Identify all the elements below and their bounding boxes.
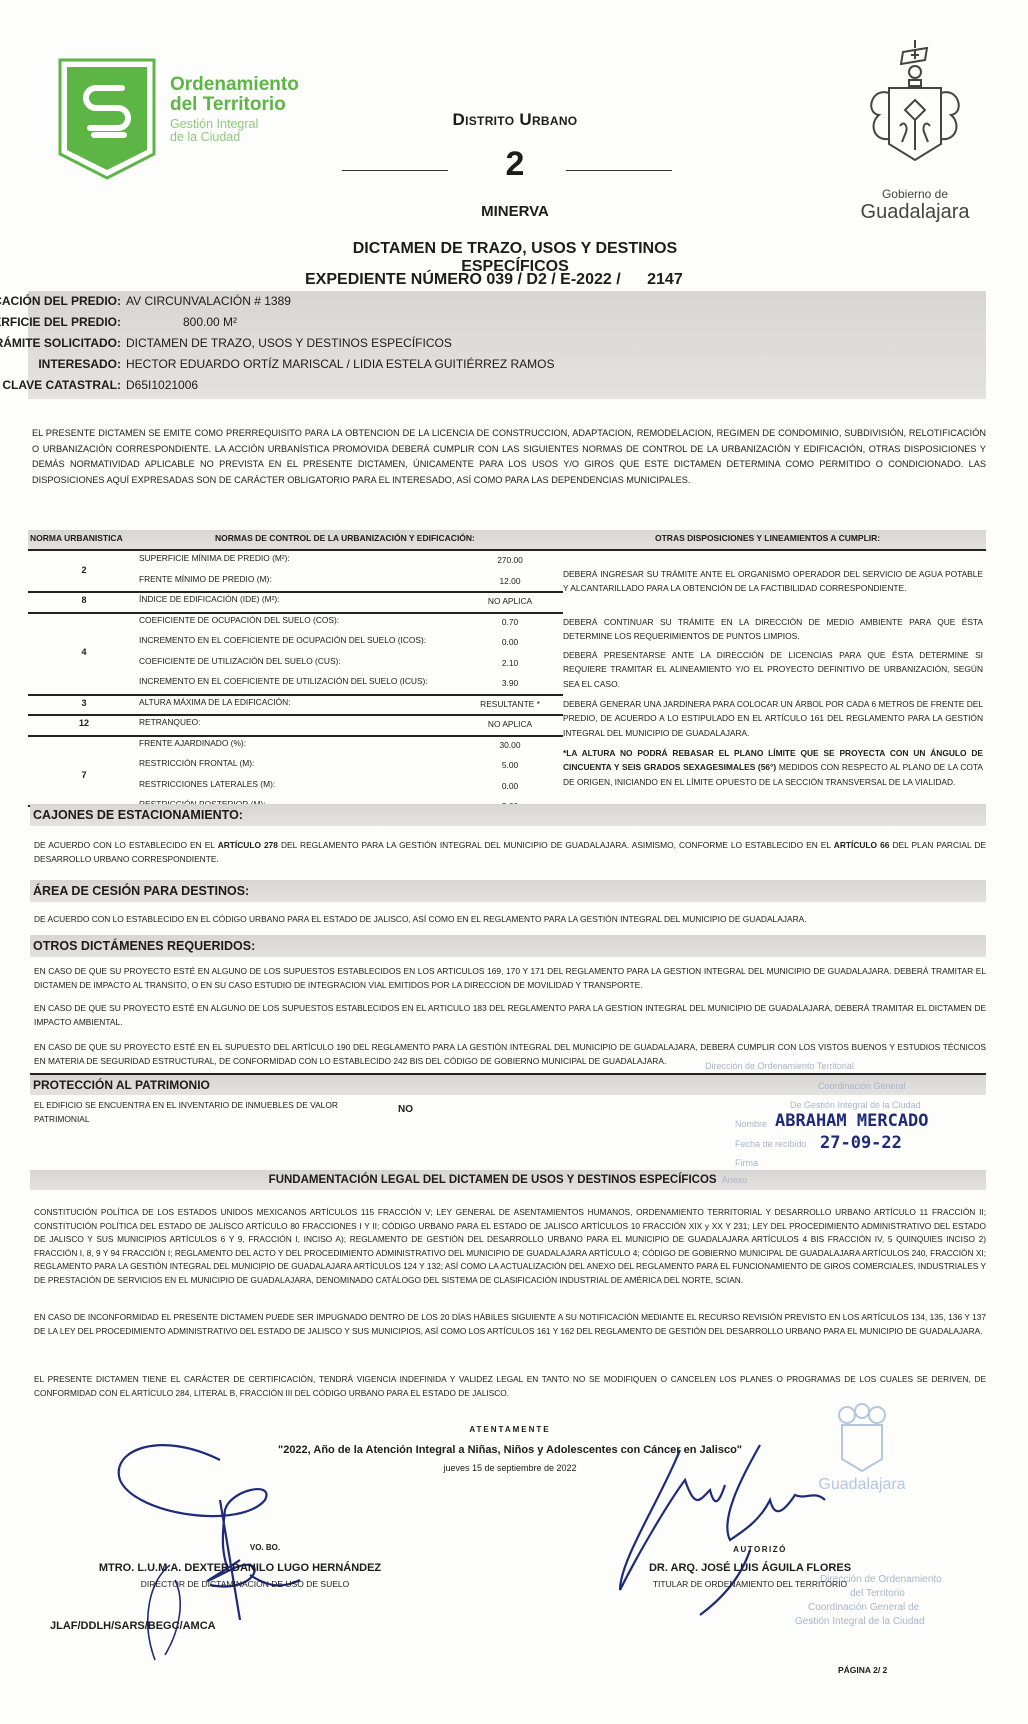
norma-value: 0.00: [460, 637, 560, 647]
norma-value: 270.00: [460, 555, 560, 565]
norma-label: RESTRICCIONES LATERALES (M):: [139, 779, 275, 789]
row-divider: [28, 735, 563, 737]
section-cajones: CAJONES DE ESTACIONAMIENTO:: [30, 804, 986, 826]
col-normas: NORMAS DE CONTROL DE LA URBANIZACIÓN Y E…: [215, 533, 475, 543]
norma-number: 3: [28, 698, 140, 708]
fundamentacion-paragraph: EN CASO DE INCONFORMIDAD EL PRESENTE DIC…: [34, 1311, 986, 1338]
stamp-label: Nombre: [735, 1119, 767, 1129]
expediente-id: 2147: [647, 271, 683, 288]
fundamentacion-title: FUNDAMENTACIÓN LEGAL DEL DICTAMEN DE USO…: [269, 1174, 717, 1186]
otros-paragraph: EN CASO DE QUE SU PROYECTO ESTÉ EN ALGUN…: [34, 964, 986, 992]
norma-value: 5.00: [460, 760, 560, 770]
norma-value: NO APLICA: [460, 596, 560, 606]
norma-label: COEFICIENTE DE UTILIZACIÓN DEL SUELO (CU…: [139, 656, 341, 666]
norma-value: 0.00: [460, 781, 560, 791]
predio-ubicacion: UBICACIÓN DEL PREDIO:AV CIRCUNVALACIÓN #…: [0, 294, 291, 308]
gobierno-guadalajara-logo: Gobierno de Guadalajara: [850, 38, 980, 223]
otros-paragraph: EN CASO DE QUE SU PROYECTO ESTÉ EN ALGUN…: [34, 1001, 986, 1029]
cajones-text: DE ACUERDO CON LO ESTABLECIDO EN EL ARTÍ…: [34, 838, 986, 866]
section-otros-dictamenes: OTROS DICTÁMENES REQUERIDOS:: [30, 935, 986, 957]
stamp-label: Firma: [735, 1158, 758, 1168]
zone-name: MINERVA: [300, 203, 730, 220]
vobo-caption: VO. BO.: [190, 1543, 340, 1552]
value: DICTAMEN DE TRAZO, USOS Y DESTINOS ESPEC…: [126, 336, 452, 350]
rule: [28, 549, 986, 551]
section-cesion: ÁREA DE CESIÓN PARA DESTINOS:: [30, 880, 986, 902]
otras-item: DEBERÁ INGRESAR SU TRÁMITE ANTE EL ORGAN…: [563, 567, 983, 596]
value: AV CIRCUNVALACIÓN # 1389: [126, 294, 291, 308]
signer-2-role: TITULAR DE ORDENAMIENTO DEL TERRITORIO: [620, 1579, 880, 1589]
patrimonio-question: EL EDIFICIO SE ENCUENTRA EN EL INVENTARI…: [34, 1098, 354, 1126]
intro-paragraph: El presente dictamen se emite como prerr…: [32, 426, 986, 488]
otras-item: DEBERÁ CONTINUAR SU TRÁMITE EN LA DIRECC…: [563, 615, 983, 644]
stamp-label: Anexo: [722, 1175, 748, 1185]
norma-label: ÍNDICE DE EDIFICACIÓN (IDE) (M²):: [139, 594, 280, 604]
t: ARTÍCULO 278: [218, 840, 278, 850]
norma-value: RESULTANTE *: [460, 699, 560, 709]
guadalajara-coat-of-arms-icon: [867, 38, 963, 178]
autorizo-caption: AUTORIZÓ: [700, 1545, 820, 1554]
norma-number: 8: [28, 595, 140, 605]
norma-value: 0.70: [460, 617, 560, 627]
norma-number: 4: [28, 647, 140, 657]
section-fundamentacion: FUNDAMENTACIÓN LEGAL DEL DICTAMEN DE USO…: [30, 1170, 986, 1190]
value: HECTOR EDUARDO ORTÍZ MARISCAL / LIDIA ES…: [126, 357, 555, 371]
label: TRÁMITE SOLICITADO:: [0, 336, 121, 350]
altura-note: *LA ALTURA NO PODRÁ REBASAR EL PLANO LÍM…: [563, 746, 983, 789]
norma-label: INCREMENTO EN EL COEFICIENTE DE UTILIZAC…: [139, 676, 428, 686]
distrito-label: Distrito Urbano: [300, 110, 730, 130]
value: D65I1021006: [126, 378, 198, 392]
otras-item: DEBERÁ GENERAR UNA JARDINERA PARA COLOCA…: [563, 697, 983, 740]
norma-label: FRENTE AJARDINADO (%):: [139, 738, 246, 748]
logo-title-line2: del Territorio: [170, 95, 299, 115]
stamp-text: Dirección de Ordenamiento Territorial: [705, 1061, 854, 1071]
predio-clave: CLAVE CATASTRAL:D65I1021006: [0, 378, 198, 392]
row-divider: [28, 591, 563, 593]
norma-label: FRENTE MÍNIMO DE PREDIO (M):: [139, 574, 272, 584]
stamp-text: Coordinación General: [818, 1081, 906, 1091]
norma-value: 3.90: [460, 678, 560, 688]
norma-value: 12.00: [460, 576, 560, 586]
signer-1-name: MTRO. L.U.M.A. DEXTER DANILO LUGO HERNÁN…: [60, 1562, 420, 1574]
gobierno-name: Guadalajara: [850, 201, 980, 223]
label: CLAVE CATASTRAL:: [0, 378, 121, 392]
cesion-text: DE ACUERDO CON LO ESTABLECIDO EN EL CÓDI…: [34, 912, 986, 926]
norma-number: 7: [28, 770, 140, 780]
logo-sub-line2: de la Ciudad: [170, 131, 299, 144]
row-divider: [28, 714, 563, 716]
predio-interesado: INTERESADO:HECTOR EDUARDO ORTÍZ MARISCAL…: [0, 357, 555, 371]
logo-title-line1: Ordenamiento: [170, 75, 299, 95]
gobierno-label: Gobierno de: [850, 187, 980, 201]
norma-label: ALTURA MÁXIMA DE LA EDIFICACIÓN:: [139, 697, 291, 707]
predio-superficie: SUPERFICIE DEL PREDIO:800.00 M²: [0, 315, 237, 329]
predio-info-box: UBICACIÓN DEL PREDIO:AV CIRCUNVALACIÓN #…: [28, 291, 986, 399]
norma-number: 2: [28, 565, 140, 575]
page-number: PÁGINA 2/ 2: [838, 1665, 887, 1675]
stamp-label: Fecha de recibido: [735, 1139, 807, 1149]
norma-value: NO APLICA: [460, 719, 560, 729]
expediente-number: EXPEDIENTE NÚMERO 039 / D2 / E-2022 / 21…: [305, 271, 683, 289]
col-norma: NORMA URBANISTICA: [30, 533, 123, 543]
t: ARTÍCULO 66: [834, 840, 890, 850]
signer-2-name: DR. ARQ. JOSÉ LUIS ÁGUILA FLORES: [600, 1562, 900, 1574]
ordenamiento-shield-icon: [58, 58, 156, 180]
value: 800.00 M²: [183, 315, 237, 329]
expediente-label: EXPEDIENTE NÚMERO 039 / D2 / E-2022 /: [305, 271, 621, 288]
stamp-text: De Gestión Integral de la Ciudad: [790, 1100, 921, 1110]
initials-reference: JLAF/DDLH/SARS/BEGC/AMCA: [50, 1620, 216, 1632]
t: DEL REGLAMENTO PARA LA GESTIÓN INTEGRAL …: [278, 840, 834, 850]
norma-label: COEFICIENTE DE OCUPACIÓN DEL SUELO (COS)…: [139, 615, 339, 625]
norma-label: INCREMENTO EN EL COEFICIENTE DE OCUPACIÓ…: [139, 635, 426, 645]
patrimonio-answer: NO: [398, 1104, 413, 1115]
distrito-number: 2: [300, 145, 730, 184]
label: UBICACIÓN DEL PREDIO:: [0, 294, 121, 308]
otras-item: DEBERÁ PRESENTARSE ANTE LA DIRECCIÓN DE …: [563, 648, 983, 691]
predio-tramite: TRÁMITE SOLICITADO:DICTAMEN DE TRAZO, US…: [0, 336, 452, 350]
norma-value: 30.00: [460, 740, 560, 750]
received-by-handwritten: ABRAHAM MERCADO: [775, 1111, 929, 1131]
initials-scribble-icon: [130, 1560, 210, 1670]
norma-label: SUPERFICIE MÍNIMA DE PREDIO (M²):: [139, 553, 290, 563]
ordenamiento-logo: Ordenamiento del Territorio Gestión Inte…: [170, 75, 299, 144]
signer-1-role: DIRECTOR DE DICTAMINACIÓN DE USO DE SUEL…: [80, 1579, 410, 1589]
signature-scribble-icon: [600, 1440, 860, 1620]
fundamentacion-paragraph: CONSTITUCIÓN POLÍTICA DE LOS ESTADOS UNI…: [34, 1206, 986, 1288]
row-divider: [28, 612, 563, 614]
norma-number: 12: [28, 718, 140, 728]
received-date-handwritten: 27-09-22: [820, 1133, 902, 1153]
label: INTERESADO:: [0, 357, 121, 371]
divider: [566, 170, 672, 171]
row-divider: [28, 694, 563, 696]
norma-label: RESTRICCIÓN FRONTAL (M):: [139, 758, 254, 768]
norma-label: RETRANQUEO:: [139, 717, 200, 727]
label: SUPERFICIE DEL PREDIO:: [0, 315, 121, 329]
t: DE ACUERDO CON LO ESTABLECIDO EN EL: [34, 840, 218, 850]
col-otras: OTRAS DISPOSICIONES Y LINEAMIENTOS A CUM…: [655, 533, 880, 543]
norma-value: 2.10: [460, 658, 560, 668]
